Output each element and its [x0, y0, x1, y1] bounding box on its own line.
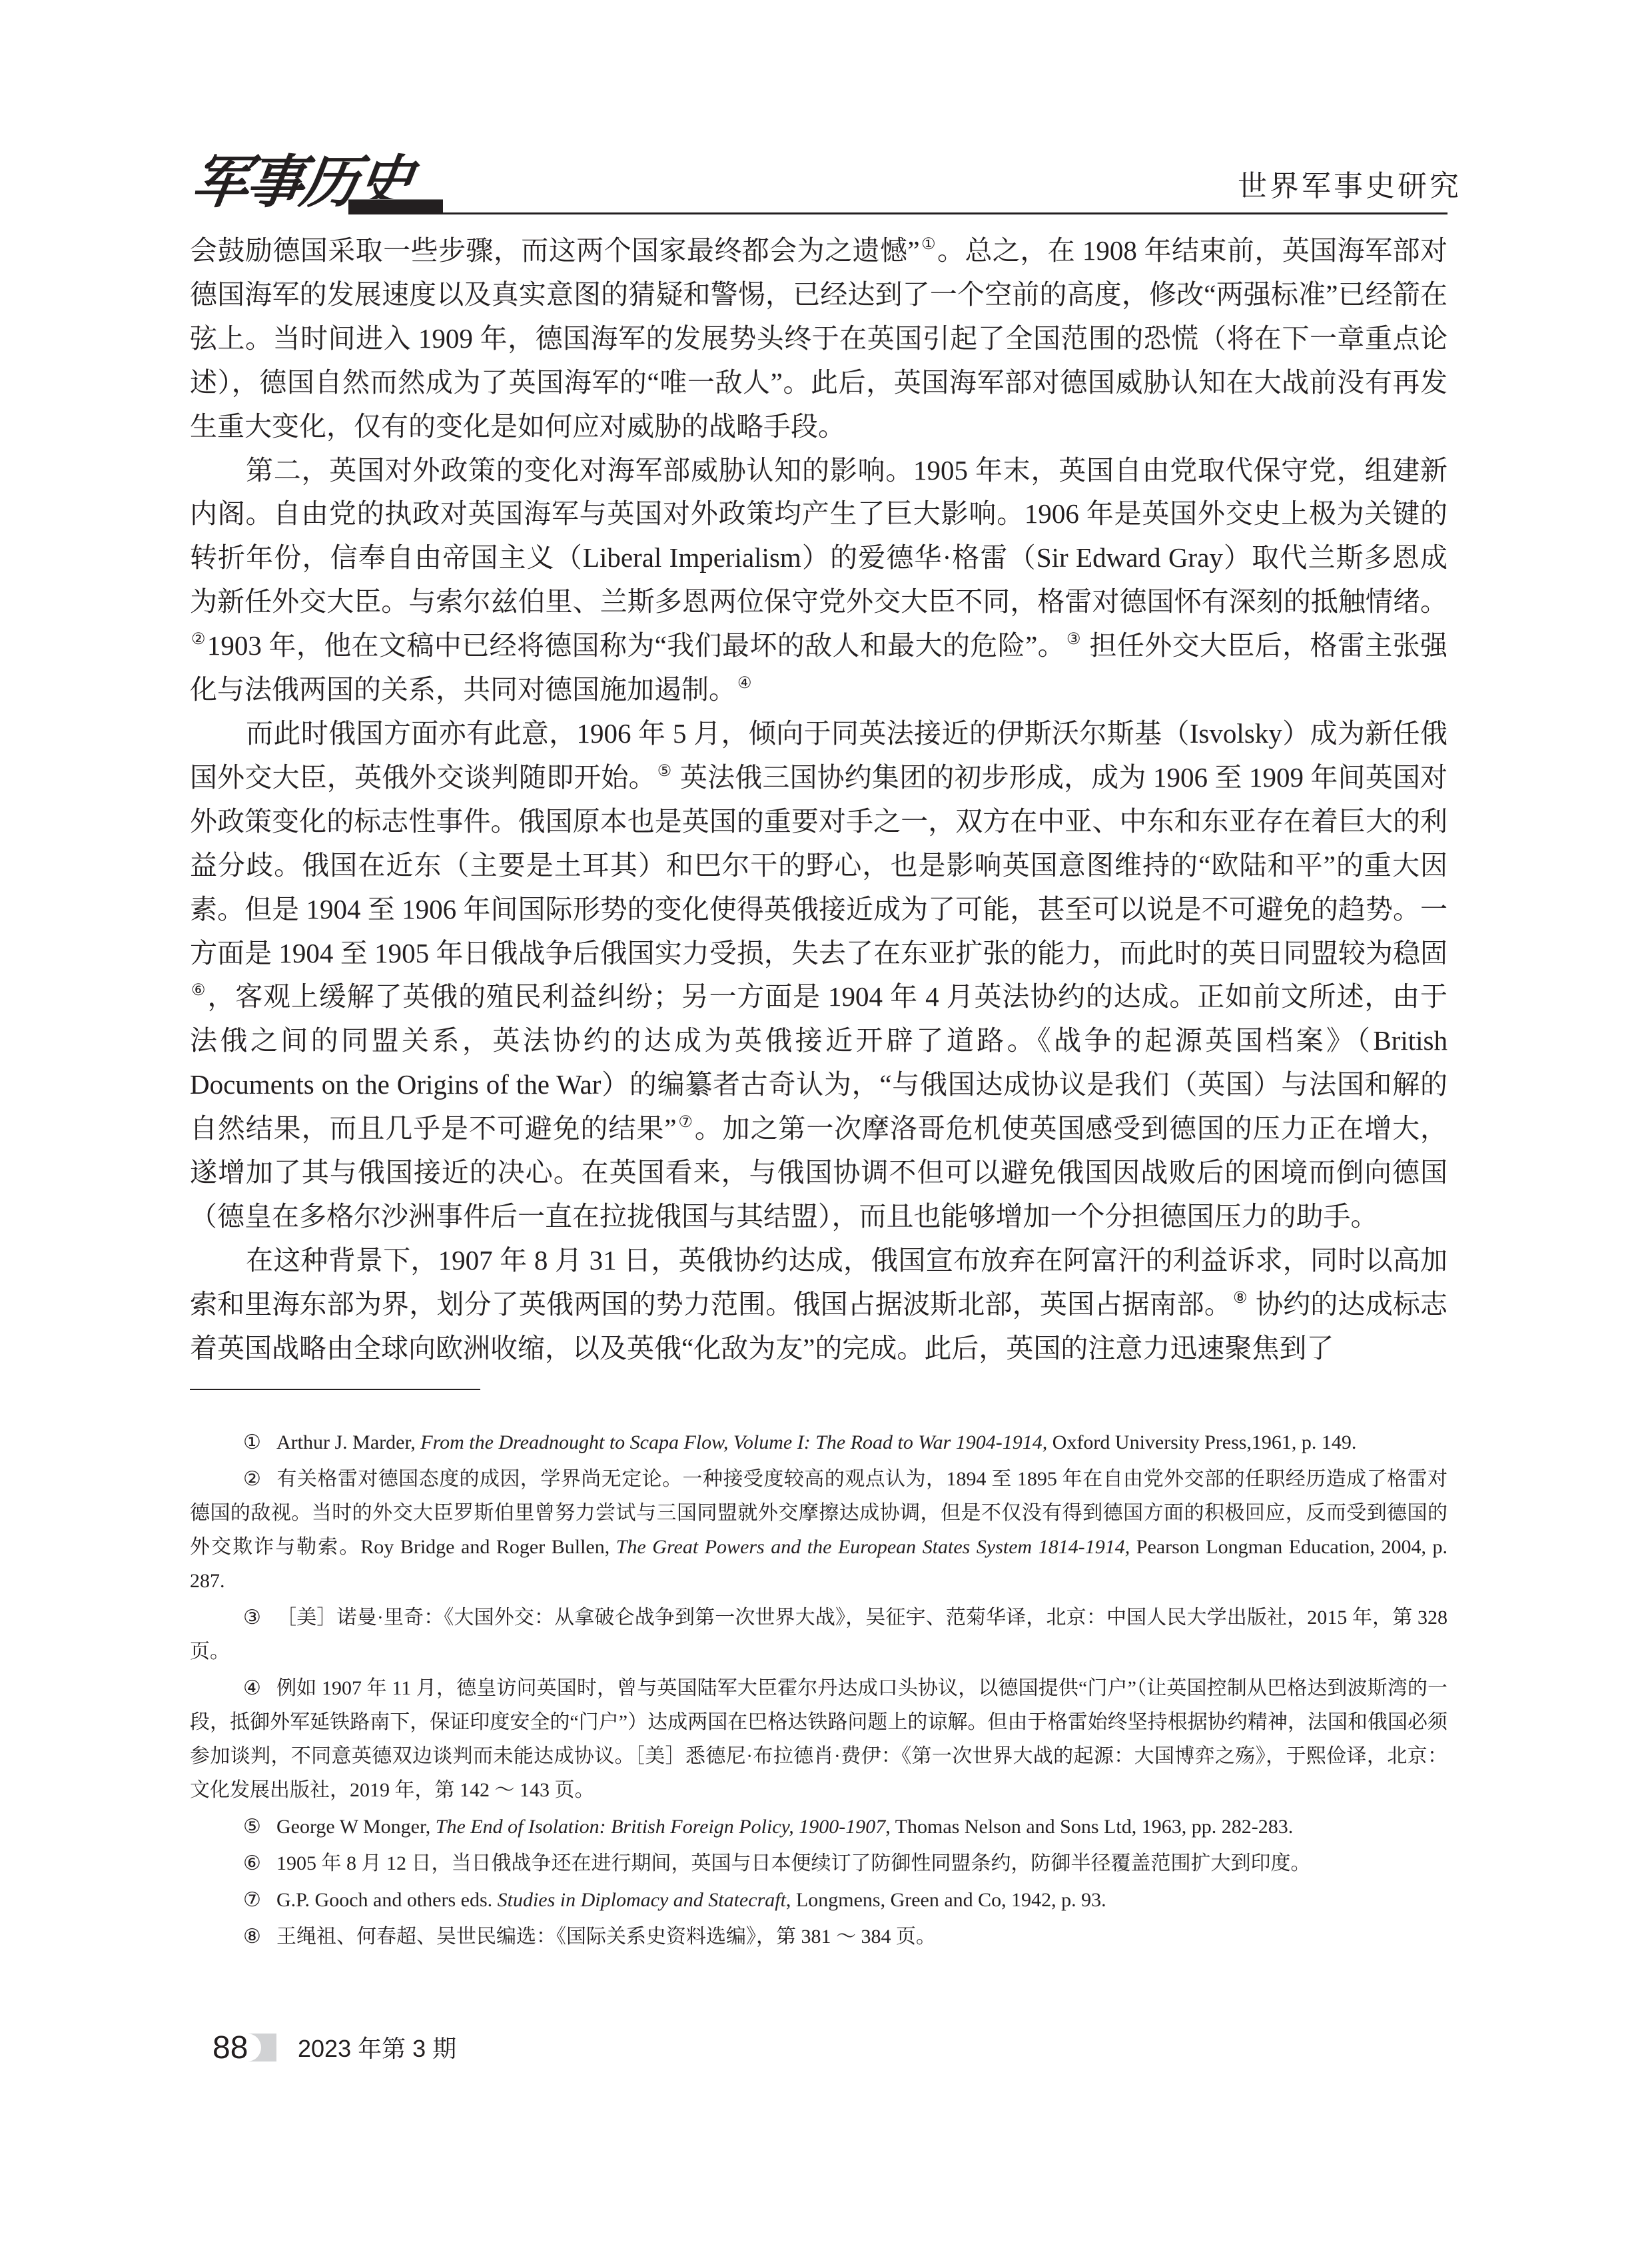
- footnote-ref[interactable]: ②: [191, 631, 206, 648]
- paragraph: 而此时俄国方面亦有此意，1906 年 5 月，倾向于同英法接近的伊斯沃尔斯基（I…: [190, 712, 1447, 1239]
- paragraph: 会鼓励德国采取一些步骤，而这两个国家最终都会为之遗憾”①。总之，在 1908 年…: [190, 229, 1447, 449]
- footnote-ref[interactable]: ①: [921, 236, 936, 253]
- italic-title: Studies in Diplomacy and Statecraft: [498, 1889, 786, 1911]
- footnote: ⑤George W Monger, The End of Isolation: …: [190, 1810, 1447, 1844]
- italic-title: The End of Isolation: British Foreign Po…: [436, 1816, 886, 1838]
- footnote-number: ⑥: [243, 1846, 276, 1880]
- paragraph: 在这种背景下，1907 年 8 月 31 日，英俄协约达成，俄国宣布放弃在阿富汗…: [190, 1239, 1447, 1371]
- footnote: ①Arthur J. Marder, From the Dreadnought …: [190, 1425, 1447, 1459]
- italic-title: From the Dreadnought to Scapa Flow, Volu…: [420, 1431, 1047, 1453]
- issue-label: 2023 年第 3 期: [298, 2036, 456, 2062]
- footnote-number: ⑧: [243, 1920, 276, 1954]
- paragraph: 第二，英国对外政策的变化对海军部威胁认知的影响。1905 年末，英国自由党取代保…: [190, 449, 1447, 712]
- footnote-number: ③: [243, 1601, 276, 1635]
- footnote-ref[interactable]: ⑤: [657, 763, 672, 780]
- footnote-number: ⑦: [243, 1883, 276, 1917]
- footnote-number: ⑤: [243, 1810, 276, 1844]
- footnote-number: ④: [243, 1671, 276, 1705]
- footnote: ②有关格雷对德国态度的成因，学界尚无定论。一种接受度较高的观点认为，1894 至…: [190, 1462, 1447, 1598]
- footnote-ref[interactable]: ⑧: [1233, 1290, 1248, 1307]
- footnote-ref[interactable]: ⑦: [677, 1114, 693, 1131]
- page-number: 88: [212, 2032, 248, 2065]
- section-title: 世界军事史研究: [1238, 168, 1461, 205]
- header-accent-block: [348, 199, 443, 214]
- italic-title: The Great Powers and the European States…: [616, 1536, 1130, 1558]
- footnote: ⑧王绳祖、何春超、吴世民编选：《国际关系史资料选编》，第 381 ～ 384 页…: [190, 1920, 1447, 1954]
- footnote: ⑦G.P. Gooch and others eds. Studies in D…: [190, 1883, 1447, 1917]
- header-rule: [443, 212, 1447, 214]
- footnote-ref[interactable]: ④: [737, 675, 752, 692]
- footnote-separator: [190, 1389, 480, 1390]
- footnote: ⑥1905 年 8 月 12 日，当日俄战争还在进行期间，英国与日本便续订了防御…: [190, 1846, 1447, 1880]
- footnotes: ①Arthur J. Marder, From the Dreadnought …: [190, 1425, 1447, 1956]
- footnote-number: ②: [243, 1462, 276, 1496]
- footnote: ④例如 1907 年 11 月，德皇访问英国时，曾与英国陆军大臣霍尔丹达成口头协…: [190, 1671, 1447, 1807]
- footnote-number: ①: [243, 1425, 276, 1459]
- footnote: ③［美］诺曼·里奇：《大国外交：从拿破仑战争到第一次世界大战》，吴征宇、范菊华译…: [190, 1601, 1447, 1669]
- page-tab-marker: [248, 2034, 276, 2061]
- footnote-ref[interactable]: ⑥: [191, 982, 206, 999]
- article-body: 会鼓励德国采取一些步骤，而这两个国家最终都会为之遗憾”①。总之，在 1908 年…: [190, 229, 1447, 1371]
- footnote-ref[interactable]: ③: [1066, 631, 1081, 648]
